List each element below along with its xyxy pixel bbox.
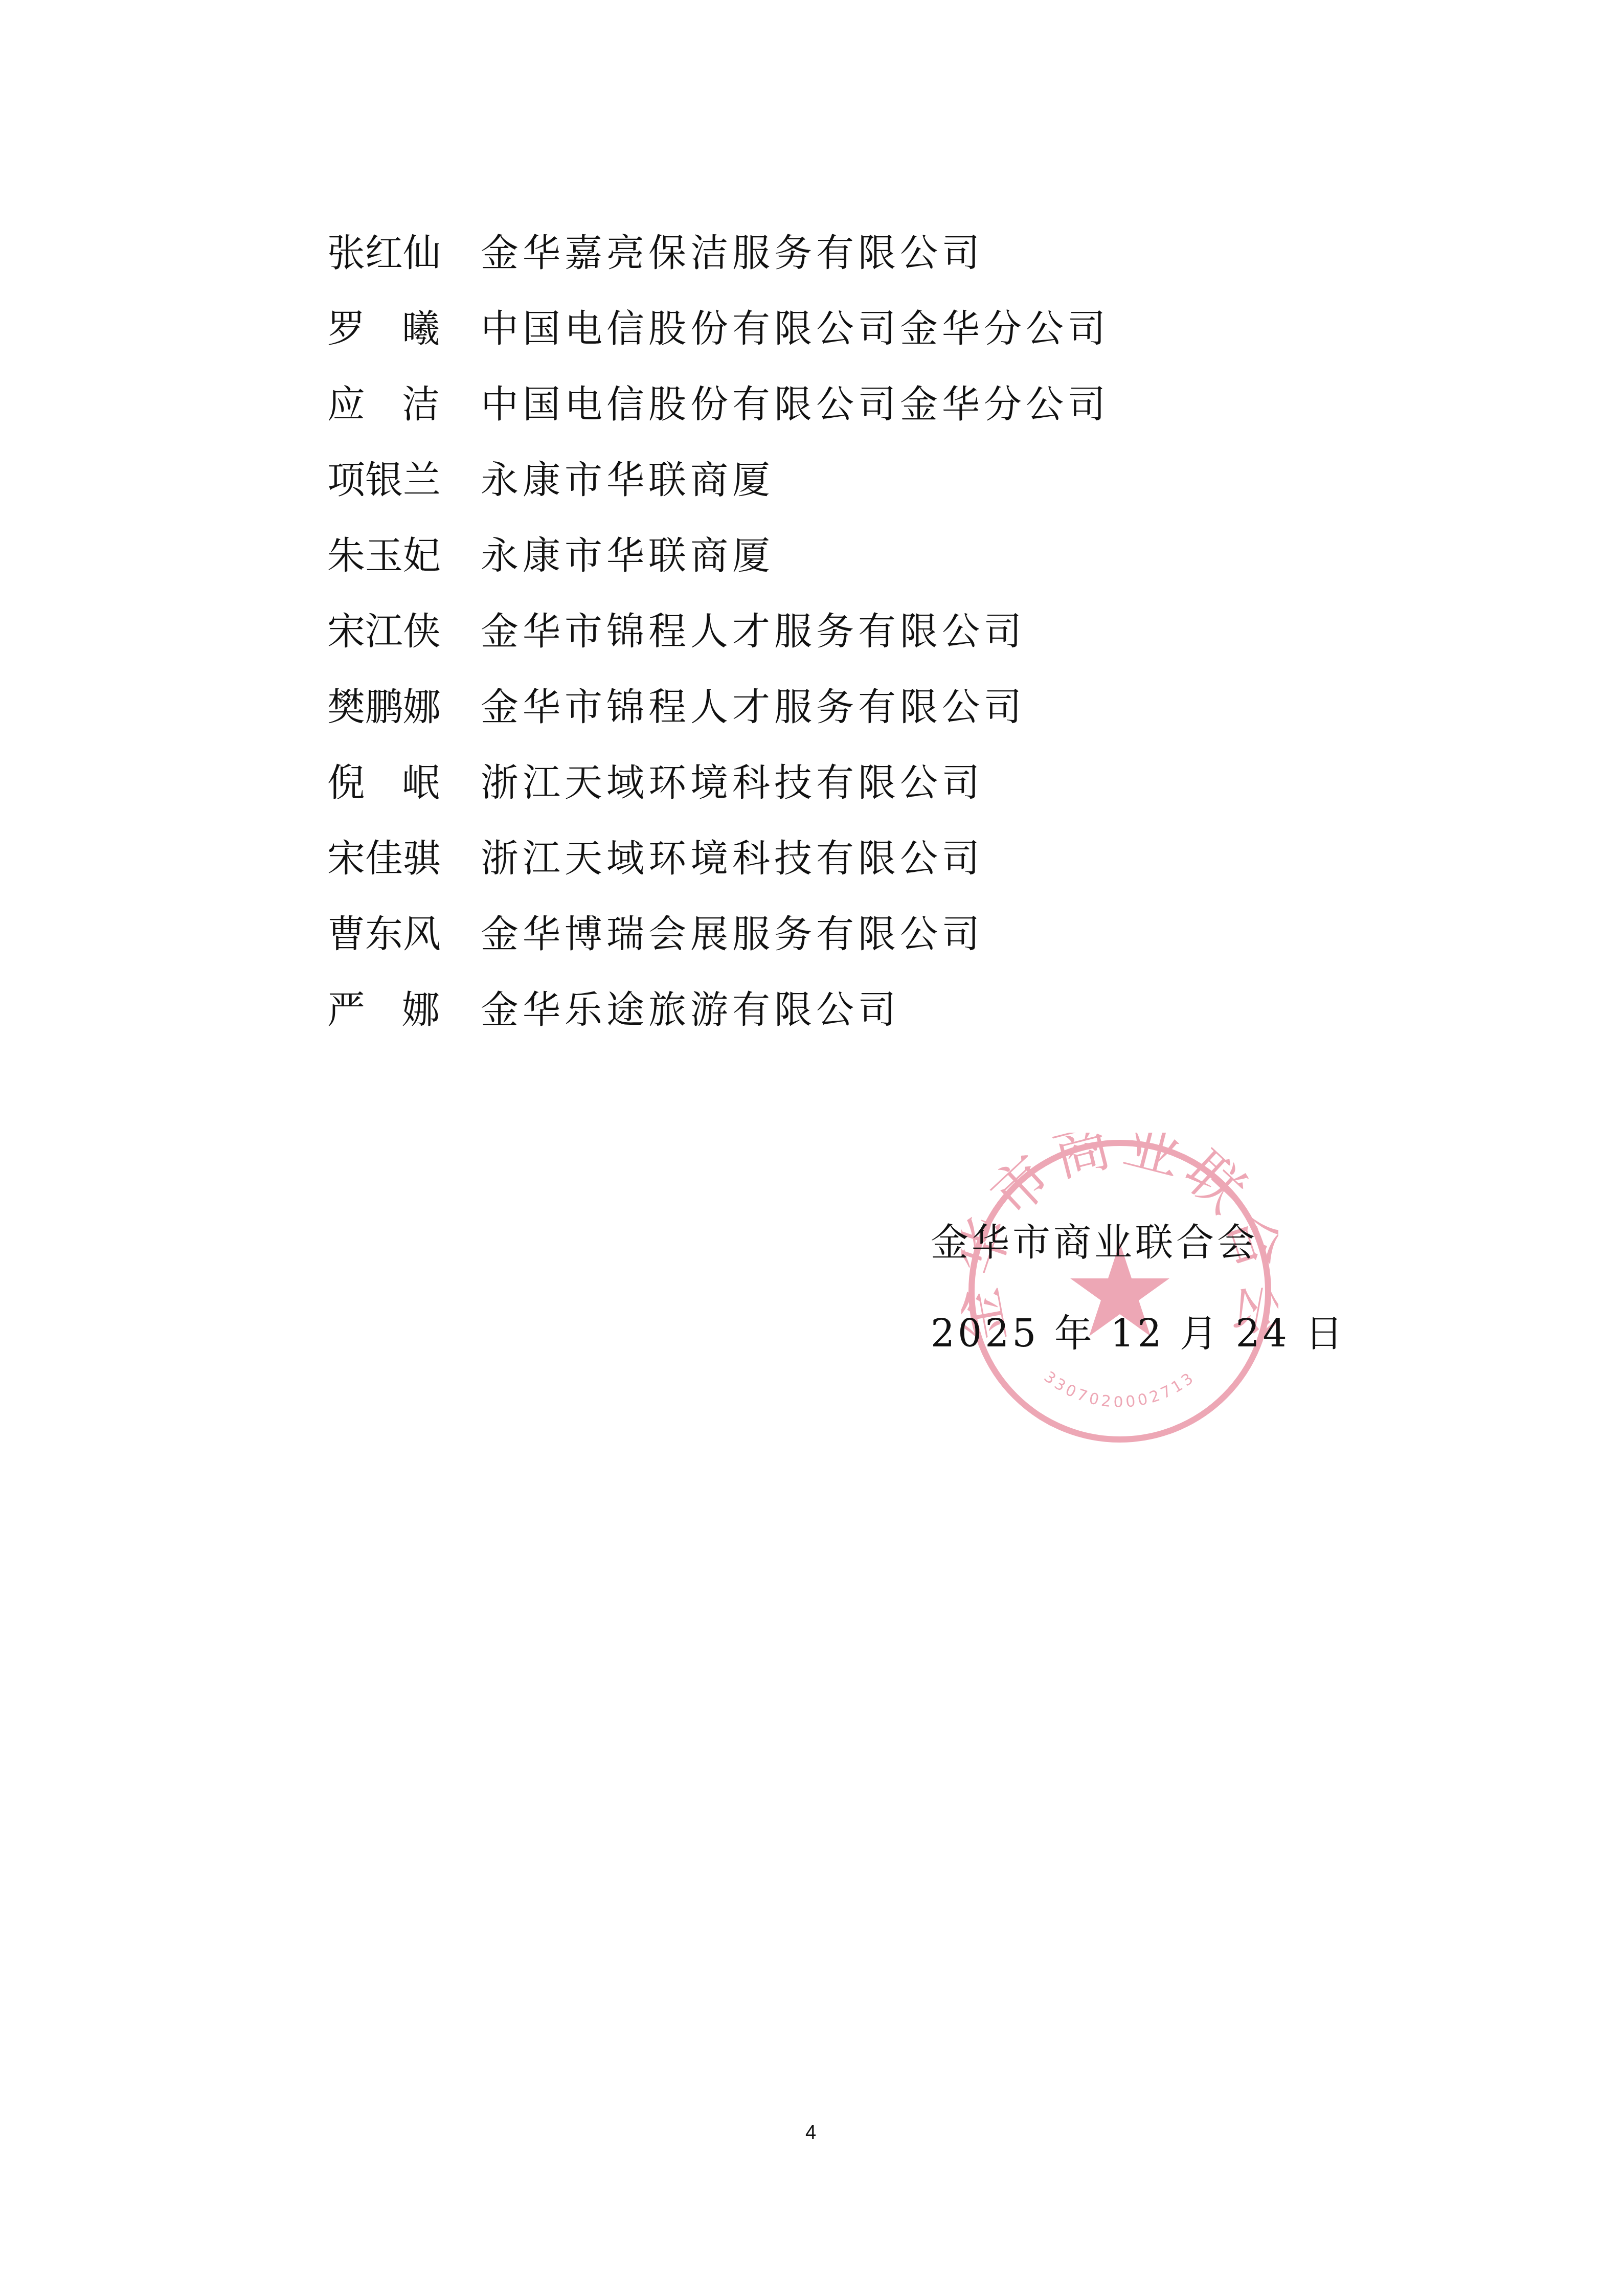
person-name: 倪岷 bbox=[327, 755, 440, 811]
person-name: 罗曦 bbox=[327, 301, 440, 357]
signature-block: 金华市商业联合会 2025 年 12 月 24 日 bbox=[931, 1217, 1346, 1359]
person-name: 樊鹏娜 bbox=[327, 679, 440, 735]
person-name: 项银兰 bbox=[327, 452, 440, 508]
organization-name: 浙江天域环境科技有限公司 bbox=[481, 830, 984, 887]
person-name: 张红仙 bbox=[327, 225, 440, 281]
organization-name: 金华嘉亮保洁服务有限公司 bbox=[481, 225, 984, 281]
organization-name: 中国电信股份有限公司金华分公司 bbox=[481, 301, 1110, 357]
organization-name: 金华博瑞会展服务有限公司 bbox=[481, 906, 984, 962]
person-name: 曹东风 bbox=[327, 906, 440, 962]
page-number: 4 bbox=[805, 2122, 816, 2144]
person-name: 应洁 bbox=[327, 376, 440, 433]
signing-organization: 金华市商业联合会 bbox=[931, 1217, 1346, 1268]
person-name: 宋佳骐 bbox=[327, 830, 440, 887]
organization-name: 金华乐途旅游有限公司 bbox=[481, 982, 900, 1038]
organization-name: 永康市华联商厦 bbox=[481, 452, 774, 508]
organization-name: 永康市华联商厦 bbox=[481, 528, 774, 584]
organization-name: 中国电信股份有限公司金华分公司 bbox=[481, 376, 1110, 433]
person-name: 宋江侠 bbox=[327, 603, 440, 660]
person-name: 朱玉妃 bbox=[327, 528, 440, 584]
organization-name: 金华市锦程人才服务有限公司 bbox=[481, 603, 1026, 660]
organization-name: 浙江天域环境科技有限公司 bbox=[481, 755, 984, 811]
signing-date: 2025 年 12 月 24 日 bbox=[931, 1308, 1346, 1359]
svg-text:3307020002713: 3307020002713 bbox=[1041, 1368, 1199, 1411]
organization-name: 金华市锦程人才服务有限公司 bbox=[481, 679, 1026, 735]
person-name: 严娜 bbox=[327, 982, 440, 1038]
